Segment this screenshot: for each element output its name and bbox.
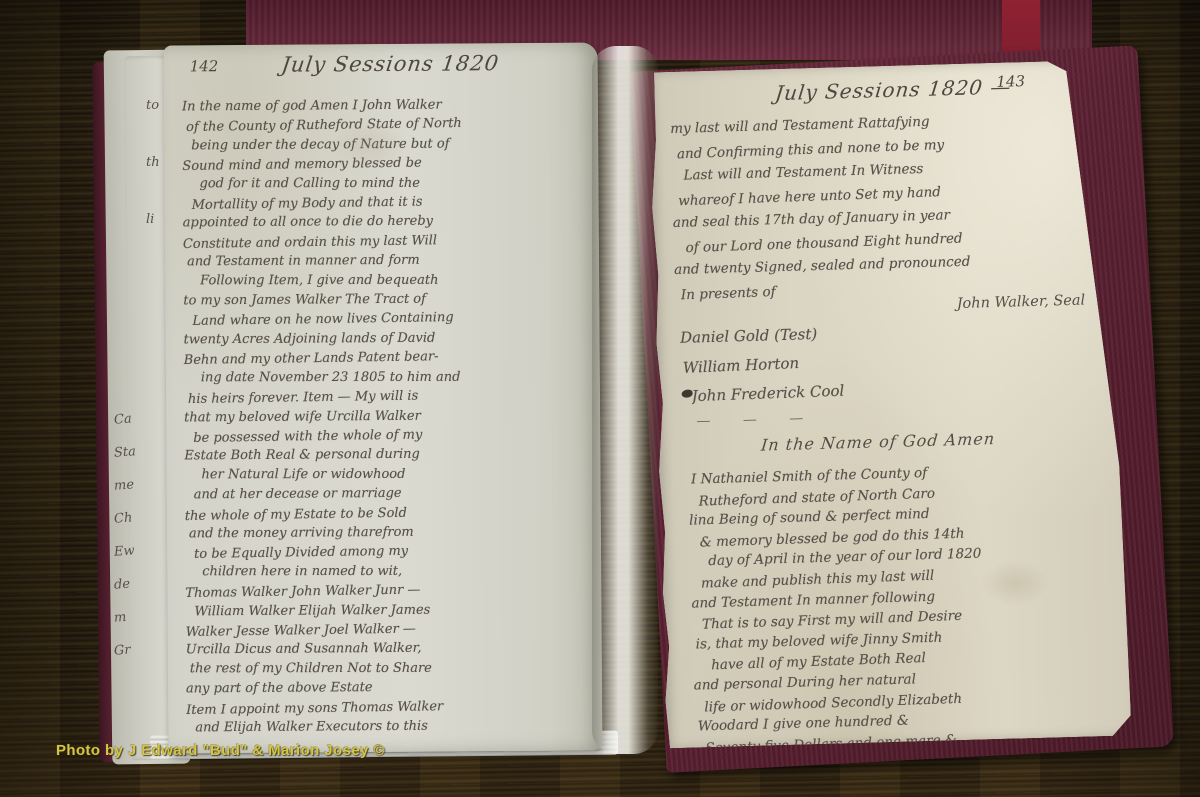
paper-stain xyxy=(980,560,1050,606)
text-fragment: me xyxy=(114,477,137,493)
second-will-heading: In the Name of God Amen xyxy=(760,429,996,455)
will-closing-text: my last will and Testament Rattafyingand… xyxy=(670,106,1109,306)
left-page-manuscript-text: In the name of god Amen I John Walkerof … xyxy=(182,95,596,738)
left-page-number: 142 xyxy=(190,57,219,75)
manuscript-line: the rest of my Children Not to Share xyxy=(190,658,596,678)
text-fragment: Sta xyxy=(114,444,137,460)
second-will-text: I Nathaniel Smith of the County ofRuthef… xyxy=(688,458,1124,779)
text-fragment: li xyxy=(146,212,160,227)
text-fragment: m xyxy=(114,609,137,625)
book-gutter xyxy=(592,46,658,754)
text-fragment: Ew xyxy=(114,543,137,559)
text-fragment: Gr xyxy=(114,642,137,658)
left-page-header: July Sessions 1820 xyxy=(280,51,501,77)
text-fragment: Ca xyxy=(114,411,137,427)
witness-signature-line: John Frederick Cool xyxy=(691,377,845,412)
text-fragment: de xyxy=(114,576,137,592)
text-fragment: Ch xyxy=(114,510,137,526)
manuscript-line: her Natural Life or widowhood xyxy=(202,464,595,484)
underpage-text-fragments-bottom: CaStameChEwdemGr xyxy=(114,412,136,676)
right-page: 143 July Sessions 1820 — my last will an… xyxy=(647,60,1132,749)
manuscript-line: Following Item, I give and bequeath xyxy=(200,270,593,290)
right-page-header: July Sessions 1820 — xyxy=(774,74,1013,105)
paper-stain xyxy=(330,120,410,170)
text-fragment: th xyxy=(146,155,160,170)
underpage-text-fragments-top: tothli xyxy=(146,98,160,269)
section-divider: — — — xyxy=(696,410,817,429)
testator-signature: John Walker, Seal xyxy=(957,292,1086,312)
photographer-watermark: Photo by J Edward "Bud" & Marion Josey © xyxy=(56,742,385,759)
text-fragment: to xyxy=(146,98,160,113)
witness-signatures: Daniel Gold (Test)William HortonJohn Fre… xyxy=(680,319,845,411)
